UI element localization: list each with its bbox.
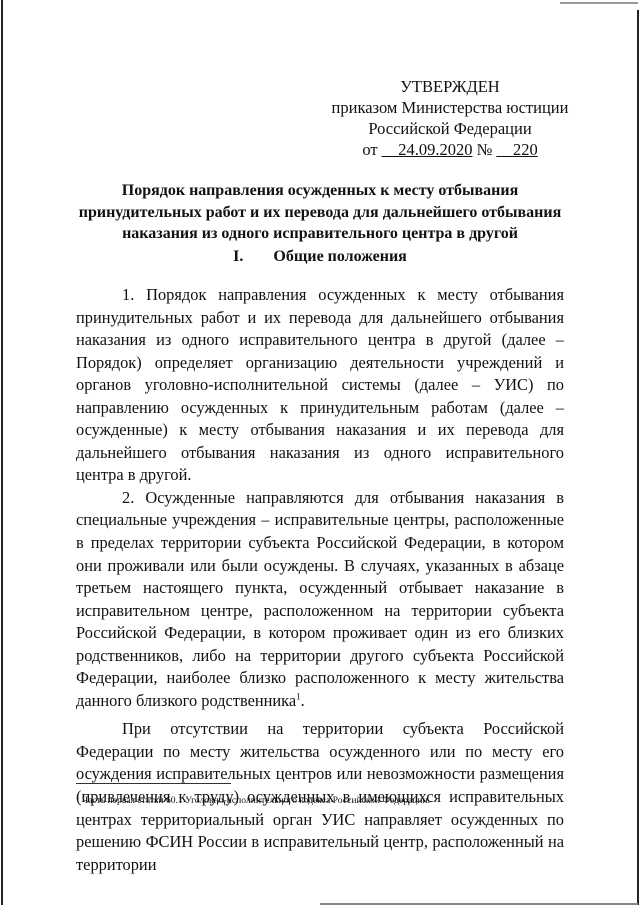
approval-federation-line: Российской Федерации	[330, 118, 570, 139]
section-title: Общие положения	[273, 248, 406, 265]
footnote: 1 Часть первая статьи 60.1 Уголовно-испо…	[76, 795, 564, 807]
section-heading: I.Общие положения	[76, 248, 564, 266]
approval-stamp: УТВЕРЖДЕН приказом Министерства юстиции …	[330, 76, 570, 160]
document-title: Порядок направления осужденных к месту о…	[76, 180, 564, 245]
scan-edge-top	[560, 2, 638, 4]
date-prefix: от	[362, 140, 377, 159]
paragraph-1: 1. Порядок направления осужденных к мест…	[76, 284, 564, 487]
paragraph-2: 2. Осужденные направляются для отбывания…	[76, 487, 564, 712]
order-number: __220	[496, 140, 537, 159]
scan-edge-right	[637, 10, 639, 905]
approval-order-line: приказом Министерства юстиции	[330, 97, 570, 118]
paragraph-2-text: 2. Осужденные направляются для отбывания…	[76, 488, 564, 710]
approval-date-line: от __24.09.2020 № __220	[330, 139, 570, 160]
section-number: I.	[233, 248, 243, 266]
footnote-separator	[76, 783, 231, 784]
title-line-2: принудительных работ и их перевода для д…	[76, 202, 564, 224]
paragraph-2-end: .	[301, 691, 305, 710]
footnote-text: Часть первая статьи 60.1 Уголовно-исполн…	[82, 795, 430, 806]
title-line-3: наказания из одного исправительного цент…	[76, 223, 564, 245]
order-date: __24.09.2020	[382, 140, 473, 159]
approval-heading: УТВЕРЖДЕН	[330, 76, 570, 97]
scan-edge-left	[1, 0, 3, 905]
number-sign: №	[477, 140, 493, 159]
document-body: 1. Порядок направления осужденных к мест…	[76, 284, 564, 876]
title-line-1: Порядок направления осужденных к месту о…	[76, 180, 564, 202]
footnote-marker: 1	[76, 793, 80, 801]
